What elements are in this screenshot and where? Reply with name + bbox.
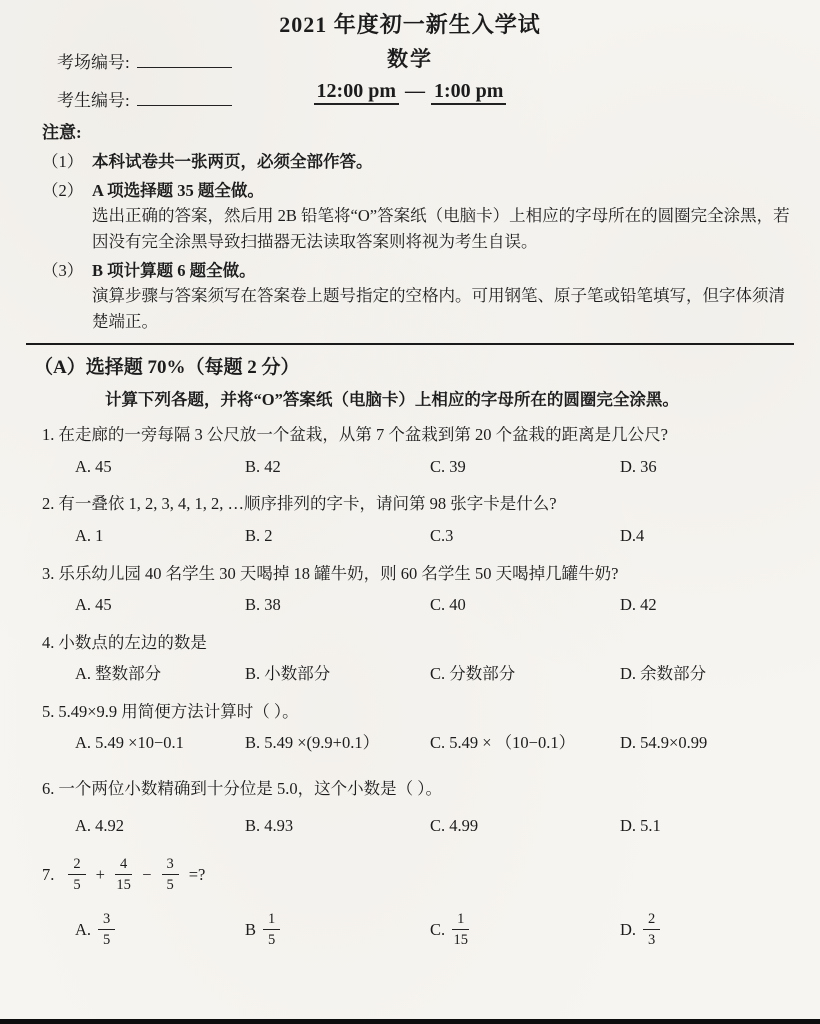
fraction-numerator: 1 bbox=[263, 910, 280, 930]
candidate-number-field: 考生编号: bbox=[57, 86, 232, 111]
question-3: 3.乐乐幼儿园 40 名学生 30 天喝掉 18 罐牛奶，则 60 名学生 50… bbox=[42, 561, 790, 618]
question-4-text-line: 4.小数点的左边的数是 bbox=[42, 630, 790, 656]
question-6: 6.一个两位小数精确到十分位是 5.0，这个小数是（ ）。 A. 4.92 B.… bbox=[42, 776, 790, 839]
question-3-option-c: C. 40 bbox=[430, 592, 620, 618]
fraction: 3 5 bbox=[98, 910, 115, 949]
question-1-option-a: A. 45 bbox=[75, 454, 245, 480]
page-title: 2021 年度初一新生入学试 bbox=[0, 0, 820, 39]
question-5-option-a: A. 5.49 ×10−0.1 bbox=[75, 730, 245, 756]
section-a-instruction: 计算下列各题，并将“O”答案纸（电脑卡）上相应的字母所在的圆圈完全涂黑。 bbox=[105, 386, 790, 410]
question-4-number: 4. bbox=[42, 633, 54, 652]
question-6-option-b: B. 4.93 bbox=[245, 813, 430, 839]
question-4-option-c: C. 分数部分 bbox=[430, 661, 620, 687]
question-2: 2.有一叠依 1, 2, 3, 4, 1, 2, …顺序排列的字卡，请问第 98… bbox=[42, 491, 790, 548]
question-1-option-d: D. 36 bbox=[620, 454, 790, 480]
fraction-denominator: 15 bbox=[116, 875, 131, 894]
question-4-option-a: A. 整数部分 bbox=[75, 661, 245, 687]
fraction-numerator: 4 bbox=[115, 855, 132, 875]
question-2-text: 有一叠依 1, 2, 3, 4, 1, 2, …顺序排列的字卡，请问第 98 张… bbox=[58, 494, 556, 513]
question-6-number: 6. bbox=[42, 779, 54, 798]
notice-item-2-number: （2） bbox=[42, 178, 92, 255]
exam-time-end: 1:00 pm bbox=[431, 80, 506, 105]
fraction-numerator: 2 bbox=[643, 910, 660, 930]
questions-list: 1.在走廊的一旁每隔 3 公尺放一个盆栽，从第 7 个盆栽到第 20 个盆栽的距… bbox=[0, 422, 820, 949]
question-3-options: A. 45 B. 38 C. 40 D. 42 bbox=[42, 592, 790, 618]
exam-time-dash: — bbox=[405, 80, 425, 102]
notice-item-3-detail: 演算步骤与答案须写在答案卷上题号指定的空格内。可用钢笔、原子笔或铅笔填写，但字体… bbox=[92, 283, 790, 334]
option-label: C. bbox=[430, 917, 445, 943]
question-5-text-line: 5.5.49×9.9 用简便方法计算时（ ）。 bbox=[42, 699, 790, 725]
fraction-numerator: 2 bbox=[68, 855, 85, 875]
question-7-option-d: D. 2 3 bbox=[620, 910, 790, 949]
question-5-number: 5. bbox=[42, 702, 54, 721]
fraction: 3 5 bbox=[162, 855, 179, 894]
fraction: 2 3 bbox=[643, 910, 660, 949]
question-2-option-a: A. 1 bbox=[75, 523, 245, 549]
equals-question: =? bbox=[189, 862, 206, 888]
question-7: 7. 2 5 + 4 15 − 3 5 =? A. bbox=[42, 855, 790, 950]
fraction-numerator: 1 bbox=[452, 910, 469, 930]
candidate-number-label: 考生编号: bbox=[57, 91, 130, 110]
question-1-option-c: C. 39 bbox=[430, 454, 620, 480]
fraction-denominator: 5 bbox=[268, 930, 275, 949]
question-3-text-line: 3.乐乐幼儿园 40 名学生 30 天喝掉 18 罐牛奶，则 60 名学生 50… bbox=[42, 561, 790, 587]
minus-operator: − bbox=[142, 862, 151, 888]
question-6-option-c: C. 4.99 bbox=[430, 813, 620, 839]
candidate-number-blank-line bbox=[137, 90, 232, 106]
notice-section: 注意: （1） 本科试卷共一张两页，必须全部作答。 （2） A 项选择题 35 … bbox=[0, 112, 820, 334]
question-4-option-b: B. 小数部分 bbox=[245, 661, 430, 687]
notice-item-2-body: A 项选择题 35 题全做。 选出正确的答案，然后用 2B 铅笔将“O”答案纸（… bbox=[92, 178, 790, 255]
scan-edge-bottom bbox=[0, 1019, 820, 1024]
notice-item-2: （2） A 项选择题 35 题全做。 选出正确的答案，然后用 2B 铅笔将“O”… bbox=[42, 178, 790, 255]
question-4-option-d: D. 余数部分 bbox=[620, 661, 790, 687]
question-1-option-b: B. 42 bbox=[245, 454, 430, 480]
option-label: B bbox=[245, 917, 256, 943]
fraction: 2 5 bbox=[68, 855, 85, 894]
question-5: 5.5.49×9.9 用简便方法计算时（ ）。 A. 5.49 ×10−0.1 … bbox=[42, 699, 790, 756]
question-6-options: A. 4.92 B. 4.93 C. 4.99 D. 5.1 bbox=[42, 813, 790, 839]
question-2-text-line: 2.有一叠依 1, 2, 3, 4, 1, 2, …顺序排列的字卡，请问第 98… bbox=[42, 491, 790, 517]
question-6-text: 一个两位小数精确到十分位是 5.0，这个小数是（ ）。 bbox=[58, 779, 442, 798]
question-4-options: A. 整数部分 B. 小数部分 C. 分数部分 D. 余数部分 bbox=[42, 661, 790, 687]
section-divider bbox=[26, 343, 794, 345]
notice-item-1-number: （1） bbox=[42, 149, 92, 175]
question-7-option-b: B 1 5 bbox=[245, 910, 430, 949]
question-3-option-b: B. 38 bbox=[245, 592, 430, 618]
fraction-denominator: 15 bbox=[454, 930, 469, 949]
question-5-option-b: B. 5.49 ×(9.9+0.1） bbox=[245, 730, 430, 756]
fraction: 1 5 bbox=[263, 910, 280, 949]
question-1-options: A. 45 B. 42 C. 39 D. 36 bbox=[42, 454, 790, 480]
question-6-text-line: 6.一个两位小数精确到十分位是 5.0，这个小数是（ ）。 bbox=[42, 776, 790, 802]
question-5-option-d: D. 54.9×0.99 bbox=[620, 730, 790, 756]
notice-item-3-number: （3） bbox=[42, 258, 92, 335]
notice-item-3-lead: B 项计算题 6 题全做。 bbox=[92, 258, 790, 284]
section-a-heading: （A）选择题 70%（每题 2 分） bbox=[34, 352, 820, 379]
fraction: 1 15 bbox=[452, 910, 469, 949]
fraction-denominator: 5 bbox=[167, 875, 174, 894]
question-1-number: 1. bbox=[42, 425, 54, 444]
exam-header: 2021 年度初一新生入学试 数学 12:00 pm—1:00 pm 考场编号:… bbox=[0, 0, 820, 112]
question-4: 4.小数点的左边的数是 A. 整数部分 B. 小数部分 C. 分数部分 D. 余… bbox=[42, 630, 790, 687]
notice-item-1: （1） 本科试卷共一张两页，必须全部作答。 bbox=[42, 149, 790, 175]
question-2-option-d: D.4 bbox=[620, 523, 790, 549]
exam-time-start: 12:00 pm bbox=[314, 80, 399, 105]
fraction-numerator: 3 bbox=[162, 855, 179, 875]
question-6-option-a: A. 4.92 bbox=[75, 813, 245, 839]
question-6-option-d: D. 5.1 bbox=[620, 813, 790, 839]
question-2-options: A. 1 B. 2 C.3 D.4 bbox=[42, 523, 790, 549]
exam-room-label: 考场编号: bbox=[57, 53, 130, 72]
question-7-number: 7. bbox=[42, 862, 54, 888]
question-1: 1.在走廊的一旁每隔 3 公尺放一个盆栽，从第 7 个盆栽到第 20 个盆栽的距… bbox=[42, 422, 790, 479]
question-2-number: 2. bbox=[42, 494, 54, 513]
fraction-denominator: 3 bbox=[648, 930, 655, 949]
exam-paper-page: 2021 年度初一新生入学试 数学 12:00 pm—1:00 pm 考场编号:… bbox=[0, 0, 820, 1024]
fraction: 4 15 bbox=[115, 855, 132, 894]
question-5-text: 5.49×9.9 用简便方法计算时（ ）。 bbox=[58, 702, 298, 721]
question-7-option-a: A. 3 5 bbox=[75, 910, 245, 949]
question-3-option-a: A. 45 bbox=[75, 592, 245, 618]
question-2-option-b: B. 2 bbox=[245, 523, 430, 549]
notice-item-3: （3） B 项计算题 6 题全做。 演算步骤与答案须写在答案卷上题号指定的空格内… bbox=[42, 258, 790, 335]
fraction-denominator: 5 bbox=[103, 930, 110, 949]
question-2-option-c: C.3 bbox=[430, 523, 620, 549]
question-1-text: 在走廊的一旁每隔 3 公尺放一个盆栽，从第 7 个盆栽到第 20 个盆栽的距离是… bbox=[58, 425, 668, 444]
question-4-text: 小数点的左边的数是 bbox=[58, 633, 207, 652]
question-3-number: 3. bbox=[42, 564, 54, 583]
option-label: A. bbox=[75, 917, 91, 943]
notice-item-3-body: B 项计算题 6 题全做。 演算步骤与答案须写在答案卷上题号指定的空格内。可用钢… bbox=[92, 258, 790, 335]
fraction-denominator: 5 bbox=[73, 875, 80, 894]
question-7-expression: 7. 2 5 + 4 15 − 3 5 =? bbox=[42, 855, 790, 894]
option-label: D. bbox=[620, 917, 636, 943]
notice-item-2-lead: A 项选择题 35 题全做。 bbox=[92, 178, 790, 204]
exam-id-fields: 考场编号: 考生编号: bbox=[57, 48, 232, 124]
question-5-option-c: C. 5.49 × （10−0.1） bbox=[430, 730, 620, 756]
question-7-option-c: C. 1 15 bbox=[430, 910, 620, 949]
question-3-option-d: D. 42 bbox=[620, 592, 790, 618]
plus-operator: + bbox=[96, 862, 105, 888]
question-5-options: A. 5.49 ×10−0.1 B. 5.49 ×(9.9+0.1） C. 5.… bbox=[42, 730, 790, 756]
question-3-text: 乐乐幼儿园 40 名学生 30 天喝掉 18 罐牛奶，则 60 名学生 50 天… bbox=[58, 564, 618, 583]
notice-item-1-text: 本科试卷共一张两页，必须全部作答。 bbox=[92, 149, 373, 175]
question-7-options: A. 3 5 B 1 5 C. 1 bbox=[42, 910, 790, 949]
fraction-numerator: 3 bbox=[98, 910, 115, 930]
question-1-text-line: 1.在走廊的一旁每隔 3 公尺放一个盆栽，从第 7 个盆栽到第 20 个盆栽的距… bbox=[42, 422, 790, 448]
exam-room-field: 考场编号: bbox=[57, 48, 232, 73]
exam-room-blank-line bbox=[137, 52, 232, 68]
notice-item-2-detail: 选出正确的答案，然后用 2B 铅笔将“O”答案纸（电脑卡）上相应的字母所在的圆圈… bbox=[92, 203, 790, 254]
